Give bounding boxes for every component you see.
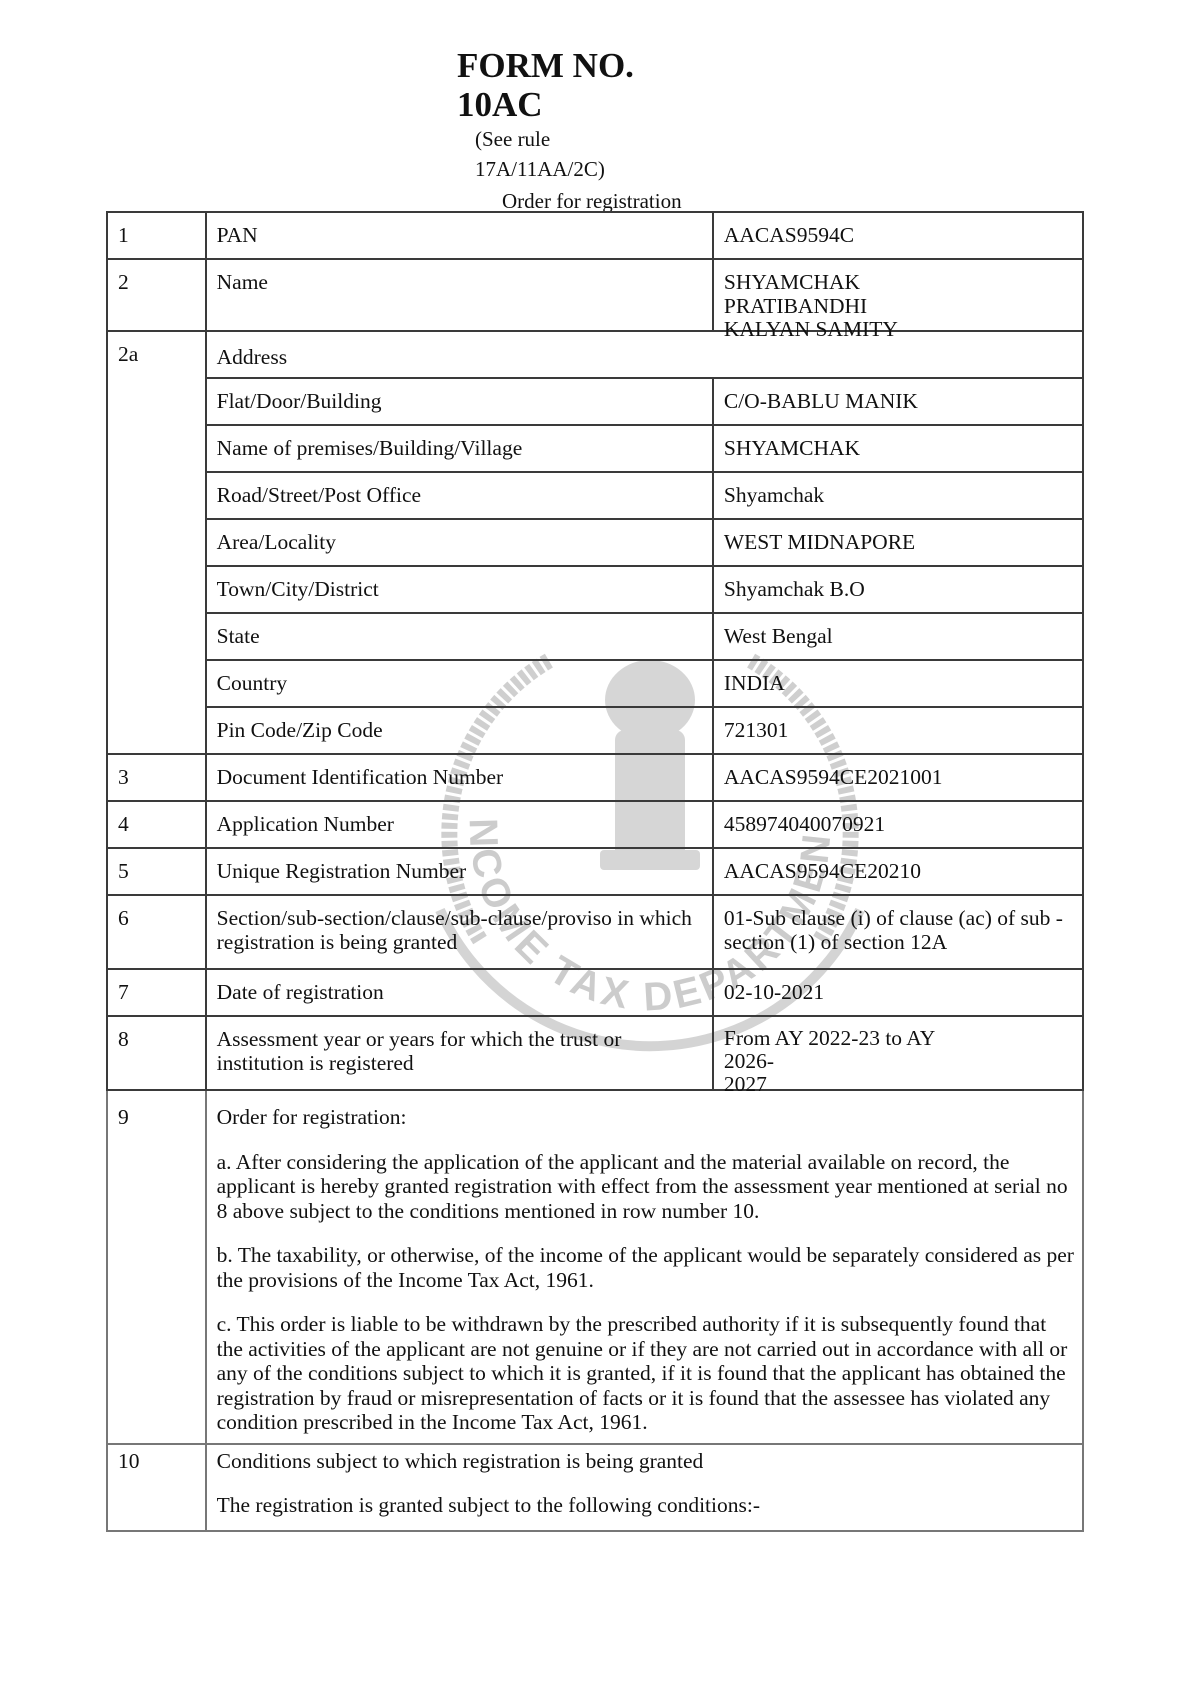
table-row-flat: Flat/Door/Building C/O-BABLU MANIK [107, 378, 1083, 425]
form-title-line1: FORM NO. [457, 46, 634, 85]
row-label: Country [206, 660, 713, 707]
row-label: Name [206, 259, 713, 331]
row-label: PAN [206, 212, 713, 259]
row-label: Application Number [206, 801, 713, 848]
row-number: 8 [107, 1016, 206, 1090]
row-label: Address [206, 331, 1083, 378]
rule-reference: (See rule 17A/11AA/2C) [475, 124, 605, 184]
application-number-value: 458974040070921 [713, 801, 1083, 848]
town-value: Shyamchak B.O [713, 566, 1083, 613]
assessment-years-value: From AY 2022-23 to AY 2026- 2027 [713, 1016, 1083, 1090]
row-label: Area/Locality [206, 519, 713, 566]
row-number: 5 [107, 848, 206, 895]
table-row-application-number: 4 Application Number 458974040070921 [107, 801, 1083, 848]
rule-reference-line1: (See rule [475, 124, 605, 154]
row-number: 6 [107, 895, 206, 969]
pan-value: AACAS9594C [713, 212, 1083, 259]
state-value: West Bengal [713, 613, 1083, 660]
road-value: Shyamchak [713, 472, 1083, 519]
row-number: 3 [107, 754, 206, 801]
row-number: 7 [107, 969, 206, 1016]
flat-value: C/O-BABLU MANIK [713, 378, 1083, 425]
row-label: Road/Street/Post Office [206, 472, 713, 519]
table-row-date: 7 Date of registration 02-10-2021 [107, 969, 1083, 1016]
section-value: 01-Sub clause (i) of clause (ac) of sub … [713, 895, 1083, 969]
row-label: Document Identification Number [206, 754, 713, 801]
row-number: 10 [107, 1444, 206, 1531]
row-label: Date of registration [206, 969, 713, 1016]
conditions-content: Conditions subject to which registration… [206, 1444, 1083, 1531]
table-row-din: 3 Document Identification Number AACAS95… [107, 754, 1083, 801]
row-label: Assessment year or years for which the t… [206, 1016, 713, 1090]
form-title-line2: 10AC [457, 85, 634, 124]
order-caption: Order for registration [502, 189, 682, 213]
pincode-value: 721301 [713, 707, 1083, 754]
area-value: WEST MIDNAPORE [713, 519, 1083, 566]
table-row-order: 9 Order for registration: a. After consi… [107, 1090, 1083, 1444]
order-heading: Order for registration: [217, 1105, 1076, 1130]
row-label: State [206, 613, 713, 660]
conditions-intro: The registration is granted subject to t… [217, 1493, 1072, 1518]
table-row-name: 2 Name SHYAMCHAK PRATIBANDHI KALYAN SAMI… [107, 259, 1083, 331]
din-value: AACAS9594CE2021001 [713, 754, 1083, 801]
registration-date-value: 02-10-2021 [713, 969, 1083, 1016]
table-row-address: 2a Address [107, 331, 1083, 378]
country-value: INDIA [713, 660, 1083, 707]
table-row-premises: Name of premises/Building/Village SHYAMC… [107, 425, 1083, 472]
table-row-urn: 5 Unique Registration Number AACAS9594CE… [107, 848, 1083, 895]
table-row-pan: 1 PAN AACAS9594C [107, 212, 1083, 259]
registration-form-table: 1 PAN AACAS9594C 2 Name SHYAMCHAK PRATIB… [106, 211, 1084, 1532]
order-paragraph-a: a. After considering the application of … [217, 1150, 1076, 1224]
premises-value: SHYAMCHAK [713, 425, 1083, 472]
table-row-town: Town/City/District Shyamchak B.O [107, 566, 1083, 613]
table-row-assessment-years: 8 Assessment year or years for which the… [107, 1016, 1083, 1090]
table-row-conditions: 10 Conditions subject to which registrat… [107, 1444, 1083, 1531]
order-content: Order for registration: a. After conside… [206, 1090, 1083, 1444]
row-label: Flat/Door/Building [206, 378, 713, 425]
table-row-state: State West Bengal [107, 613, 1083, 660]
table-row-section: 6 Section/sub-section/clause/sub-clause/… [107, 895, 1083, 969]
form-title: FORM NO. 10AC [457, 46, 634, 124]
row-label: Pin Code/Zip Code [206, 707, 713, 754]
row-number: 1 [107, 212, 206, 259]
order-paragraph-c: c. This order is liable to be withdrawn … [217, 1312, 1076, 1435]
rule-reference-line2: 17A/11AA/2C) [475, 154, 605, 184]
row-number: 2a [107, 331, 206, 754]
conditions-heading: Conditions subject to which registration… [217, 1449, 1072, 1474]
order-paragraph-b: b. The taxability, or otherwise, of the … [217, 1243, 1076, 1292]
table-row-road: Road/Street/Post Office Shyamchak [107, 472, 1083, 519]
row-number: 9 [107, 1090, 206, 1444]
row-number: 2 [107, 259, 206, 331]
name-value: SHYAMCHAK PRATIBANDHI KALYAN SAMITY [713, 259, 1083, 331]
row-label: Name of premises/Building/Village [206, 425, 713, 472]
row-label: Unique Registration Number [206, 848, 713, 895]
row-number: 4 [107, 801, 206, 848]
row-label: Town/City/District [206, 566, 713, 613]
row-label: Section/sub-section/clause/sub-clause/pr… [206, 895, 713, 969]
urn-value: AACAS9594CE20210 [713, 848, 1083, 895]
table-row-pincode: Pin Code/Zip Code 721301 [107, 707, 1083, 754]
table-row-area: Area/Locality WEST MIDNAPORE [107, 519, 1083, 566]
table-row-country: Country INDIA [107, 660, 1083, 707]
